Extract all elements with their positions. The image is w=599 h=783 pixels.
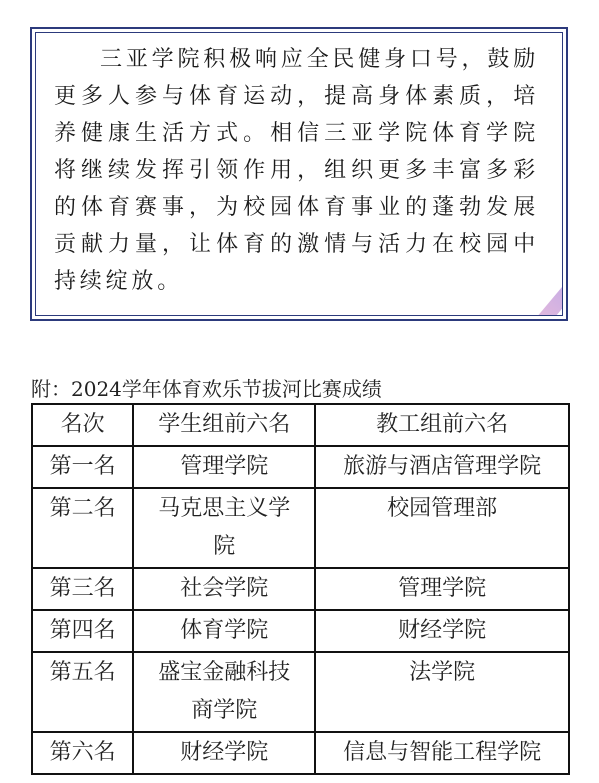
table-row: 第五名 盛宝金融科技商学院 法学院 xyxy=(32,652,569,732)
cell-staff: 财经学院 xyxy=(315,610,569,652)
quote-frame-inner: 三亚学院积极响应全民健身口号，鼓励更多人参与体育运动，提高身体素质，培养健康生活… xyxy=(35,32,563,316)
results-table: 名次 学生组前六名 教工组前六名 第一名 管理学院 旅游与酒店管理学院 第二名 … xyxy=(31,403,570,775)
cell-rank: 第六名 xyxy=(32,732,133,774)
cell-student: 社会学院 xyxy=(133,568,315,610)
cell-staff: 旅游与酒店管理学院 xyxy=(315,446,569,488)
cell-student: 马克思主义学院 xyxy=(133,488,315,568)
table-row: 第一名 管理学院 旅游与酒店管理学院 xyxy=(32,446,569,488)
table-header-row: 名次 学生组前六名 教工组前六名 xyxy=(32,404,569,446)
cell-student: 财经学院 xyxy=(133,732,315,774)
article-paragraph: 三亚学院积极响应全民健身口号，鼓励更多人参与体育运动，提高身体素质，培养健康生活… xyxy=(54,41,539,300)
header-rank: 名次 xyxy=(32,404,133,446)
header-student: 学生组前六名 xyxy=(133,404,315,446)
cell-staff: 管理学院 xyxy=(315,568,569,610)
cell-student: 体育学院 xyxy=(133,610,315,652)
cell-student: 盛宝金融科技商学院 xyxy=(133,652,315,732)
header-staff: 教工组前六名 xyxy=(315,404,569,446)
table-row: 第三名 社会学院 管理学院 xyxy=(32,568,569,610)
appendix-caption: 附：2024学年体育欢乐节拔河比赛成绩 xyxy=(31,373,382,402)
cell-student: 管理学院 xyxy=(133,446,315,488)
cell-staff: 法学院 xyxy=(315,652,569,732)
cell-rank: 第二名 xyxy=(32,488,133,568)
quote-frame: 三亚学院积极响应全民健身口号，鼓励更多人参与体育运动，提高身体素质，培养健康生活… xyxy=(30,27,568,321)
cell-staff: 校园管理部 xyxy=(315,488,569,568)
cell-rank: 第四名 xyxy=(32,610,133,652)
cell-staff: 信息与智能工程学院 xyxy=(315,732,569,774)
table-row: 第二名 马克思主义学院 校园管理部 xyxy=(32,488,569,568)
table-row: 第四名 体育学院 财经学院 xyxy=(32,610,569,652)
cell-rank: 第一名 xyxy=(32,446,133,488)
cell-rank: 第三名 xyxy=(32,568,133,610)
table-row: 第六名 财经学院 信息与智能工程学院 xyxy=(32,732,569,774)
cell-rank: 第五名 xyxy=(32,652,133,732)
